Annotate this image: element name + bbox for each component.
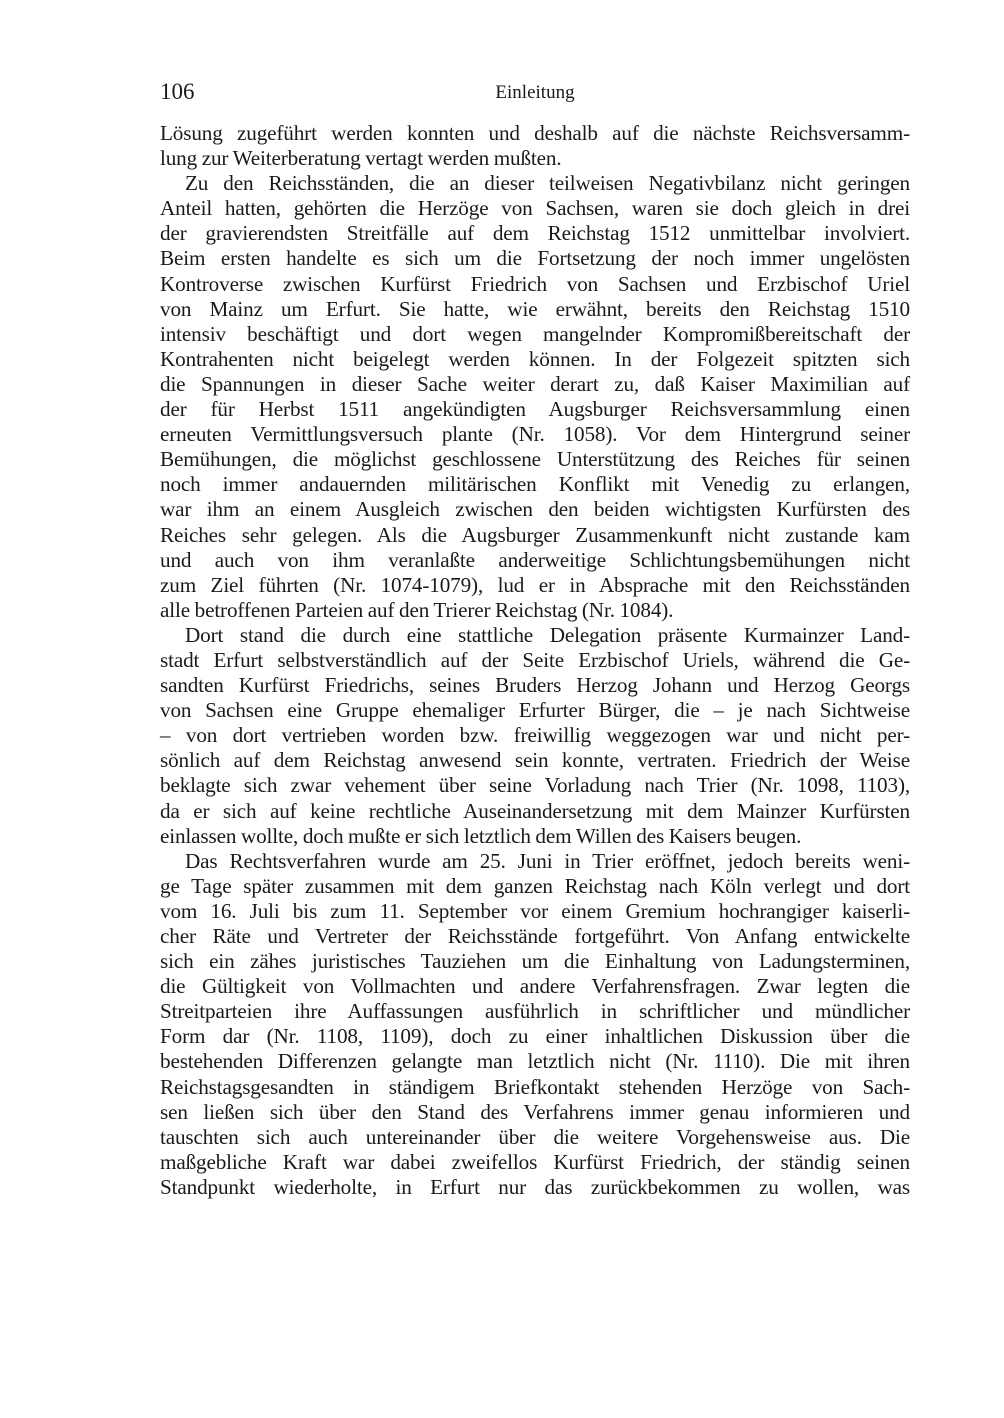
body-text: Lösung zugeführt werden konnten und desh… [160,121,910,1200]
text-line: maßgebliche Kraft war dabei zweifellos K… [160,1150,910,1175]
text-line: – von dort vertrieben worden bzw. freiwi… [160,723,910,748]
text-line: die Gültigkeit von Vollmachten und ander… [160,974,910,999]
text-line: von Sachsen eine Gruppe ehemaliger Erfur… [160,698,910,723]
text-line: Kontroverse zwischen Kurfürst Friedrich … [160,272,910,297]
text-line: Standpunkt wiederholte, in Erfurt nur da… [160,1175,910,1200]
text-line: tauschten sich auch untereinander über d… [160,1125,910,1150]
text-line: war ihm an einem Ausgleich zwischen den … [160,497,910,522]
text-line: der gravierendsten Streitfälle auf dem R… [160,221,910,246]
text-line: beklagte sich zwar vehement über seine V… [160,773,910,798]
text-line: bestehenden Differenzen gelangte man let… [160,1049,910,1074]
text-line: Das Rechtsverfahren wurde am 25. Juni in… [160,849,910,874]
paragraph: Lösung zugeführt werden konnten und desh… [160,121,910,171]
text-line: Zu den Reichsständen, die an dieser teil… [160,171,910,196]
text-line: Dort stand die durch eine stattliche Del… [160,623,910,648]
text-line: zum Ziel führten (Nr. 1074-1079), lud er… [160,573,910,598]
text-line: intensiv beschäftigt und dort wegen mang… [160,322,910,347]
text-line: sen ließen sich über den Stand des Verfa… [160,1100,910,1125]
running-header: 106 Einleitung [160,78,910,112]
text-line: Reichstagsgesandten in ständigem Briefko… [160,1075,910,1100]
text-line: stadt Erfurt selbstverständlich auf der … [160,648,910,673]
text-line: die Spannungen in dieser Sache weiter de… [160,372,910,397]
paragraph: Dort stand die durch eine stattliche Del… [160,623,910,849]
text-line: Kontrahenten nicht beigelegt werden könn… [160,347,910,372]
text-line: Bemühungen, die möglichst geschlossene U… [160,447,910,472]
text-line: erneuten Vermittlungsversuch plante (Nr.… [160,422,910,447]
text-line: einlassen wollte, doch mußte er sich let… [160,824,910,849]
text-line: und auch von ihm veranlaßte anderweitige… [160,548,910,573]
text-line: Streitparteien ihre Auffassungen ausführ… [160,999,910,1024]
text-line: sönlich auf dem Reichstag anwesend sein … [160,748,910,773]
paragraph: Zu den Reichsständen, die an dieser teil… [160,171,910,623]
text-line: Beim ersten handelte es sich um die Fort… [160,246,910,271]
text-line: Reiches sehr gelegen. Als die Augsburger… [160,523,910,548]
text-line: Lösung zugeführt werden konnten und desh… [160,121,910,146]
running-title: Einleitung [160,81,910,105]
text-line: Form dar (Nr. 1108, 1109), doch zu einer… [160,1024,910,1049]
text-line: der für Herbst 1511 angekündigten Augsbu… [160,397,910,422]
text-line: sandten Kurfürst Friedrichs, seines Brud… [160,673,910,698]
text-line: ge Tage später zusammen mit dem ganzen R… [160,874,910,899]
text-line: sich ein zähes juristisches Tauziehen um… [160,949,910,974]
text-line: von Mainz um Erfurt. Sie hatte, wie erwä… [160,297,910,322]
text-line: vom 16. Juli bis zum 11. September vor e… [160,899,910,924]
text-line: da er sich auf keine rechtliche Auseinan… [160,799,910,824]
document-page: 106 Einleitung Lösung zugeführt werden k… [160,78,910,1200]
text-line: noch immer andauernden militärischen Kon… [160,472,910,497]
text-line: alle betroffenen Parteien auf den Triere… [160,598,910,623]
text-line: cher Räte und Vertreter der Reichsstände… [160,924,910,949]
paragraph: Das Rechtsverfahren wurde am 25. Juni in… [160,849,910,1200]
text-line: lung zur Weiterberatung vertagt werden m… [160,146,910,171]
text-line: Anteil hatten, gehörten die Herzöge von … [160,196,910,221]
